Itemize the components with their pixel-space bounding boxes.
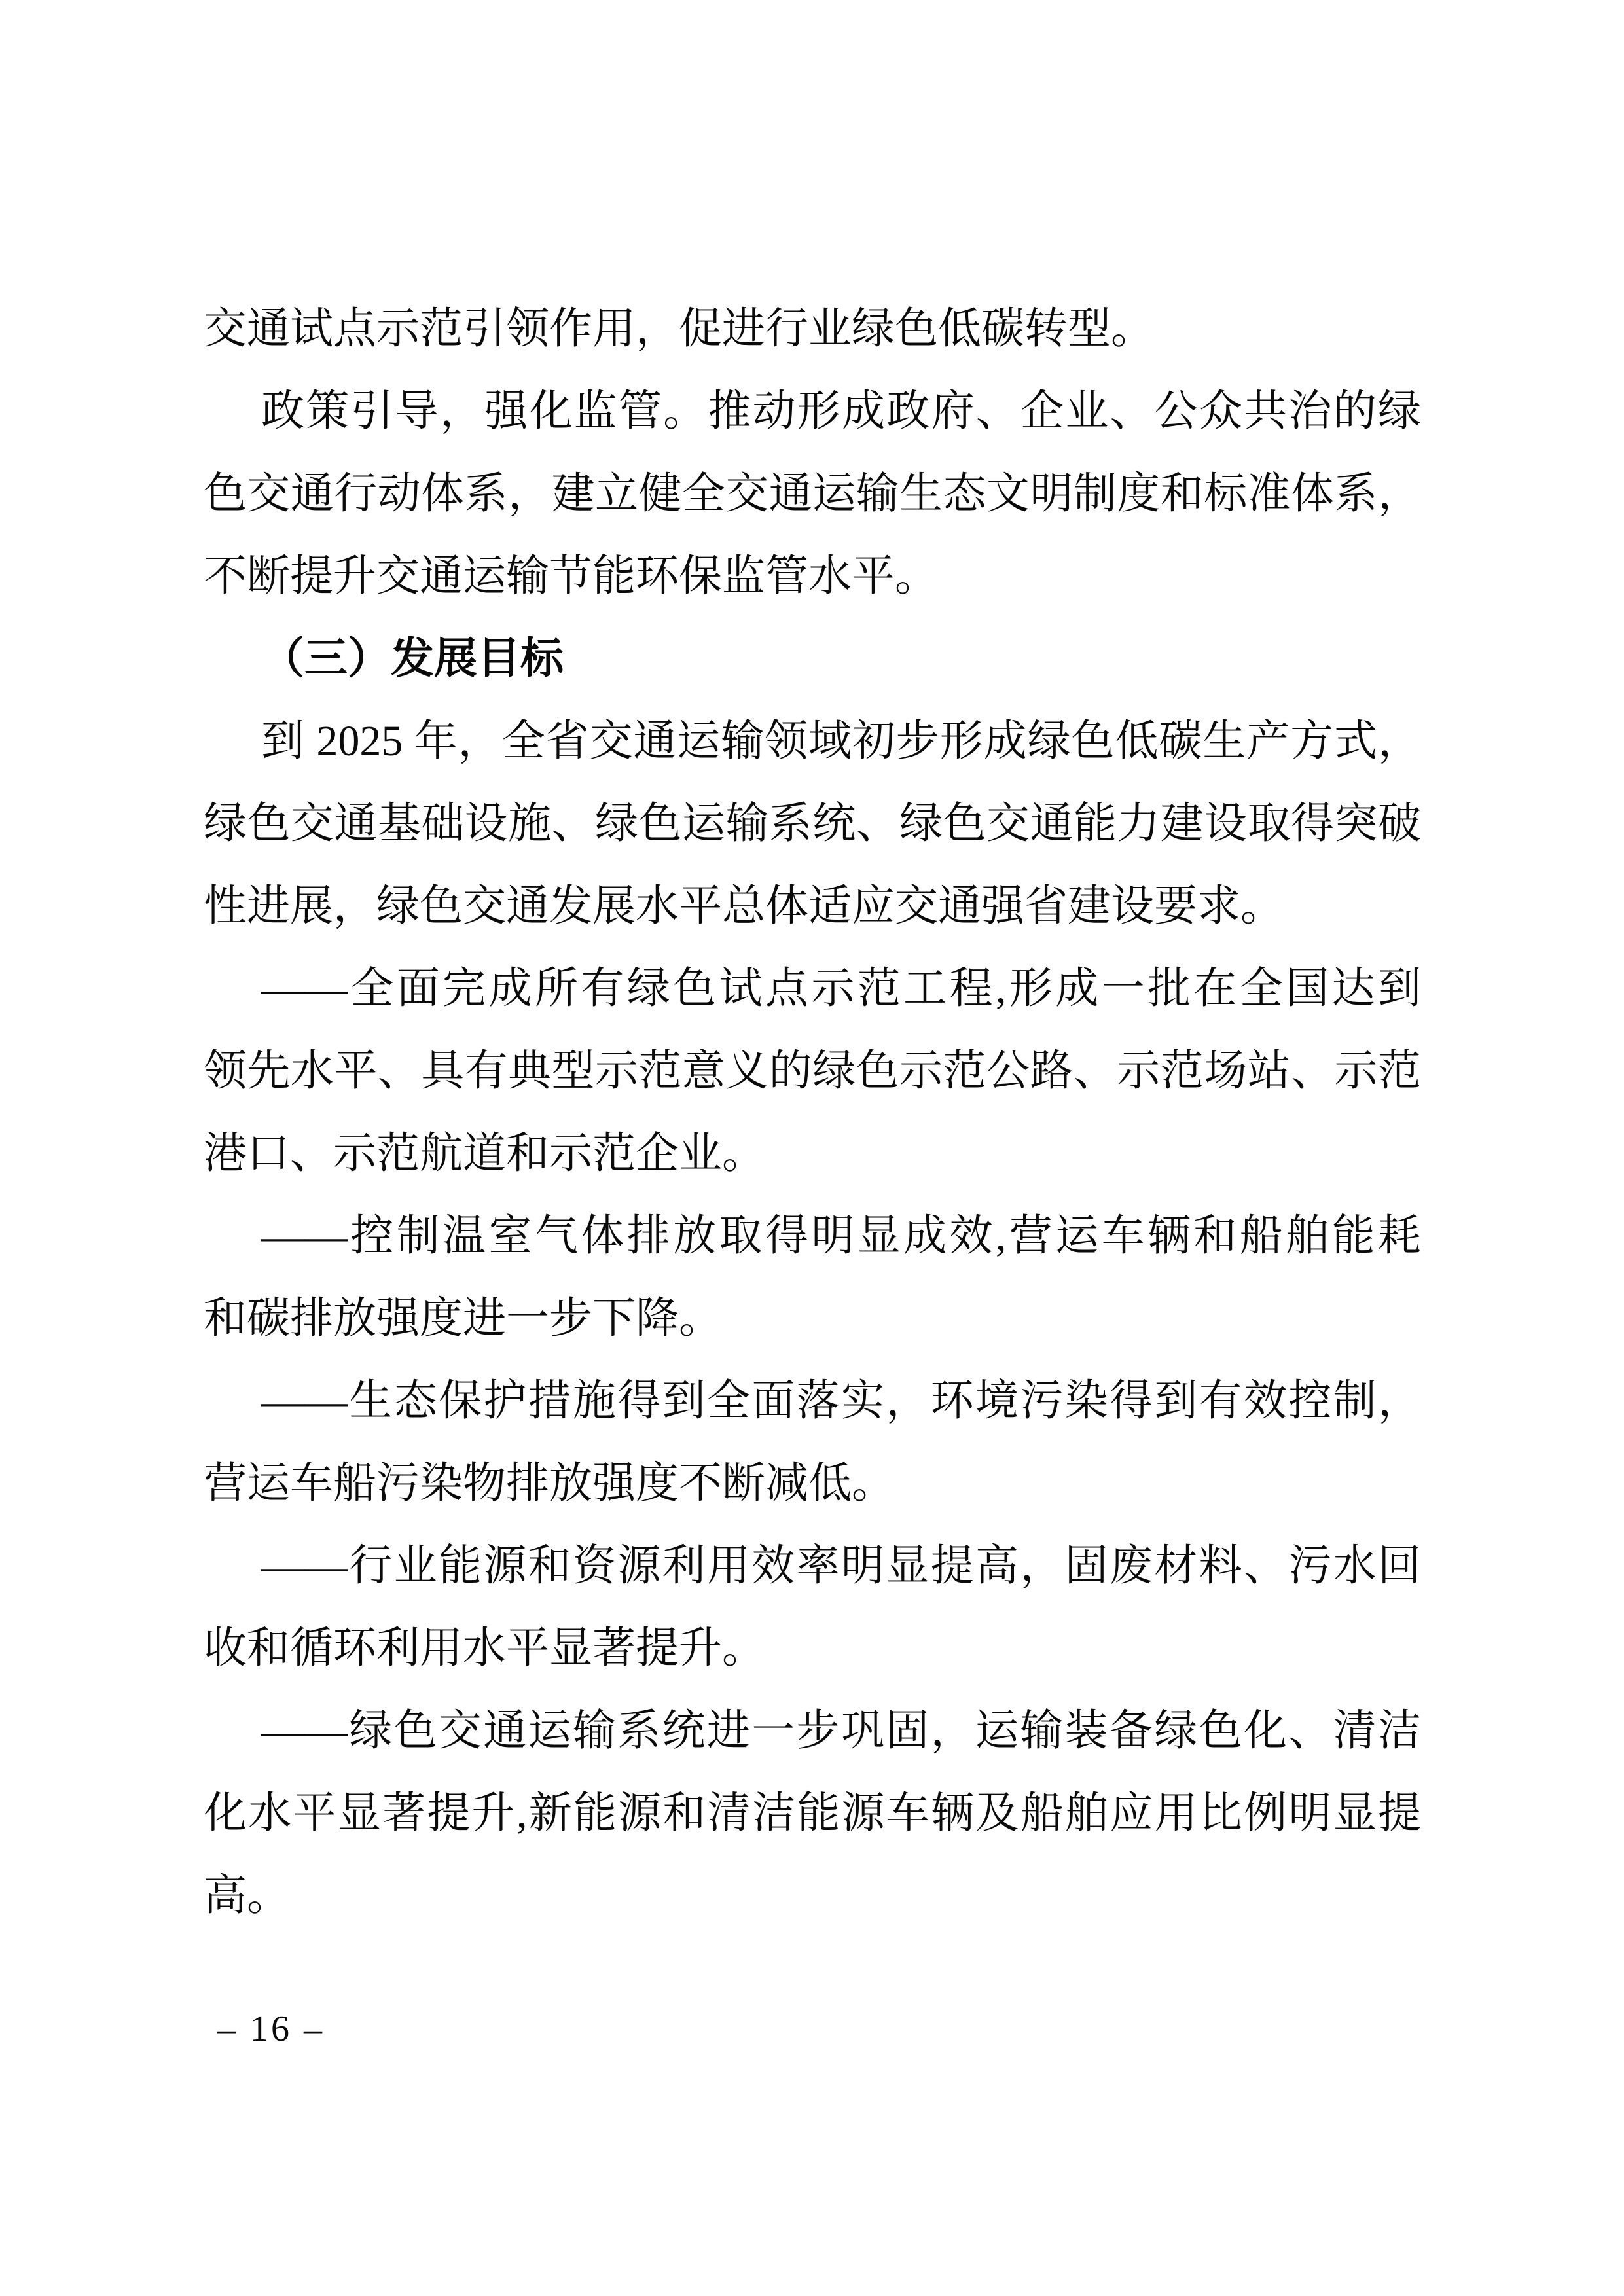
text-line: ——绿色交通运输系统进一步巩固，运输装备绿色化、清洁 — [204, 1690, 1421, 1772]
text-line: 收和循环利用水平显著提升。 — [204, 1607, 1421, 1690]
text-line: 港口、示范航道和示范企业。 — [204, 1113, 1421, 1195]
text-line: 性进展，绿色交通发展水平总体适应交通强省建设要求。 — [204, 865, 1421, 948]
text-line: 化水平显著提升,新能源和清洁能源车辆及船舶应用比例明显提 — [204, 1772, 1421, 1855]
text-line: 营运车船污染物排放强度不断减低。 — [204, 1443, 1421, 1525]
text-line: 色交通行动体系，建立健全交通运输生态文明制度和标准体系， — [204, 453, 1421, 535]
text-line: 不断提升交通运输节能环保监管水平。 — [204, 535, 1421, 618]
text-block: 交通试点示范引领作用，促进行业绿色低碳转型。政策引导，强化监管。推动形成政府、企… — [204, 288, 1421, 1937]
text-line: 政策引导，强化监管。推动形成政府、企业、公众共治的绿 — [204, 370, 1421, 453]
text-line: ——全面完成所有绿色试点示范工程,形成一批在全国达到 — [204, 948, 1421, 1030]
page-number: – 16 – — [217, 1995, 325, 2063]
text-line: ——控制温室气体排放取得明显成效,营运车辆和船舶能耗 — [204, 1195, 1421, 1278]
text-line: 高。 — [204, 1855, 1421, 1937]
text-line: 交通试点示范引领作用，促进行业绿色低碳转型。 — [204, 288, 1421, 370]
document-page: 交通试点示范引领作用，促进行业绿色低碳转型。政策引导，强化监管。推动形成政府、企… — [0, 0, 1624, 2296]
text-line: ——行业能源和资源利用效率明显提高，固废材料、污水回 — [204, 1525, 1421, 1607]
text-line: 到 2025 年，全省交通运输领域初步形成绿色低碳生产方式， — [204, 700, 1421, 783]
section-heading: （三）发展目标 — [204, 618, 1421, 700]
text-line: 绿色交通基础设施、绿色运输系统、绿色交通能力建设取得突破 — [204, 783, 1421, 865]
text-line: 和碳排放强度进一步下降。 — [204, 1278, 1421, 1360]
text-line: 领先水平、具有典型示范意义的绿色示范公路、示范场站、示范 — [204, 1030, 1421, 1113]
text-line: ——生态保护措施得到全面落实，环境污染得到有效控制， — [204, 1360, 1421, 1443]
